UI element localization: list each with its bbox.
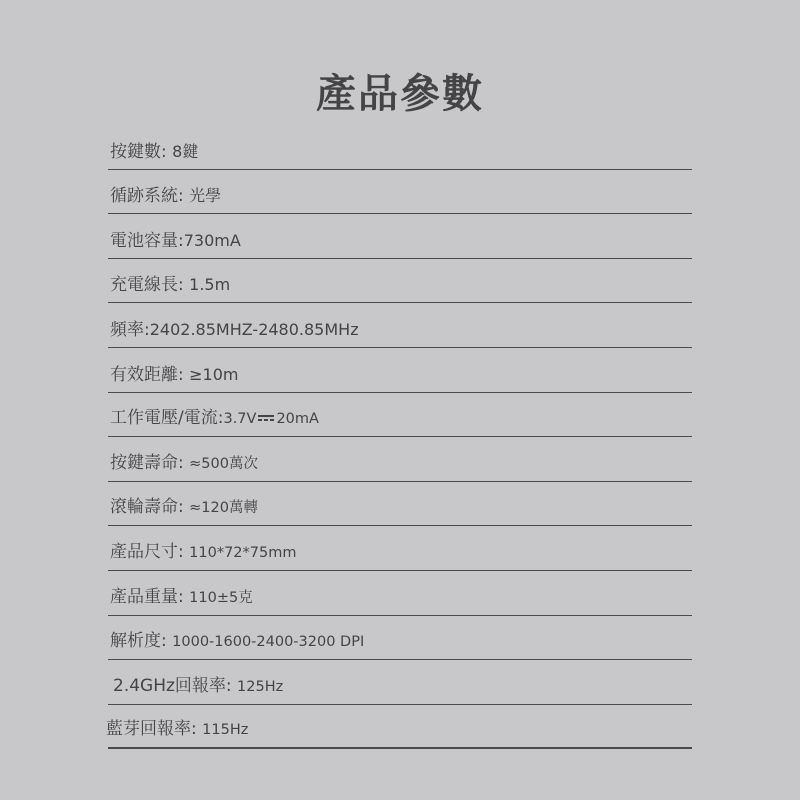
spec-row-buttons: 按鍵數: 8鍵 [108,125,692,170]
spec-label: 電池容量: [110,231,184,251]
spec-value: 8鍵 [172,142,198,161]
spec-value: 2402.85MHZ-2480.85MHz [150,320,359,339]
spec-label: 按鍵數: [110,142,172,162]
spec-value: 110±5克 [189,590,253,606]
spec-row-button-life: 按鍵壽命: ≈500萬次 [108,437,692,482]
spec-row-bluetooth-polling: 藍芽回報率: 115Hz [108,705,692,750]
spec-label: 充電線長: [110,275,189,295]
spec-label: 產品尺寸: [110,542,189,562]
spec-row-range: 有效距離: ≥10m [108,348,692,393]
spec-list: 按鍵數: 8鍵 循跡系統: 光學 電池容量:730mA 充電線長: 1.5m 頻… [108,125,692,749]
spec-value: 1.5m [189,275,230,294]
spec-row-weight: 產品重量: 110±5克 [108,571,692,616]
spec-label: 滾輪壽命: [110,497,189,517]
spec-label: 解析度: [110,631,172,651]
spec-value: 125Hz [237,679,283,695]
spec-value-voltage: 3.7V [223,411,256,427]
spec-value-current: 20mA [276,411,319,427]
spec-label: 工作電壓/電流: [110,408,223,428]
spec-label: 按鍵壽命: [110,453,189,473]
spec-value: 光學 [189,186,221,205]
spec-row-wheel-life: 滾輪壽命: ≈120萬轉 [108,482,692,527]
spec-row-voltage-current: 工作電壓/電流:3.7V20mA [108,393,692,438]
spec-label: 頻率: [110,320,150,340]
spec-row-dpi: 解析度: 1000-1600-2400-3200 DPI [108,616,692,661]
spec-label: 產品重量: [110,587,189,607]
spec-row-dimensions: 產品尺寸: 110*72*75mm [108,526,692,571]
spec-value: ≥10m [189,365,238,384]
spec-label: 循跡系統: [110,186,189,206]
spec-row-24ghz-polling: 2.4GHz回報率: 125Hz [108,660,692,705]
page-title: 產品參數 [0,66,800,122]
spec-value: 730mA [184,231,241,250]
spec-label: 有效距離: [110,365,189,385]
spec-value: 115Hz [202,722,248,738]
spec-row-cable: 充電線長: 1.5m [108,259,692,304]
spec-row-frequency: 頻率:2402.85MHZ-2480.85MHz [108,303,692,348]
spec-label: 2.4GHz回報率: [113,676,237,696]
spec-label: 藍芽回報率: [106,719,202,739]
spec-value: 110*72*75mm [189,545,296,561]
spec-value: 1000-1600-2400-3200 DPI [172,634,364,650]
spec-row-tracking: 循跡系統: 光學 [108,170,692,215]
spec-value: ≈500萬次 [189,456,258,472]
dc-current-icon [258,413,274,423]
spec-row-battery: 電池容量:730mA [108,214,692,259]
spec-value: ≈120萬轉 [189,500,258,516]
